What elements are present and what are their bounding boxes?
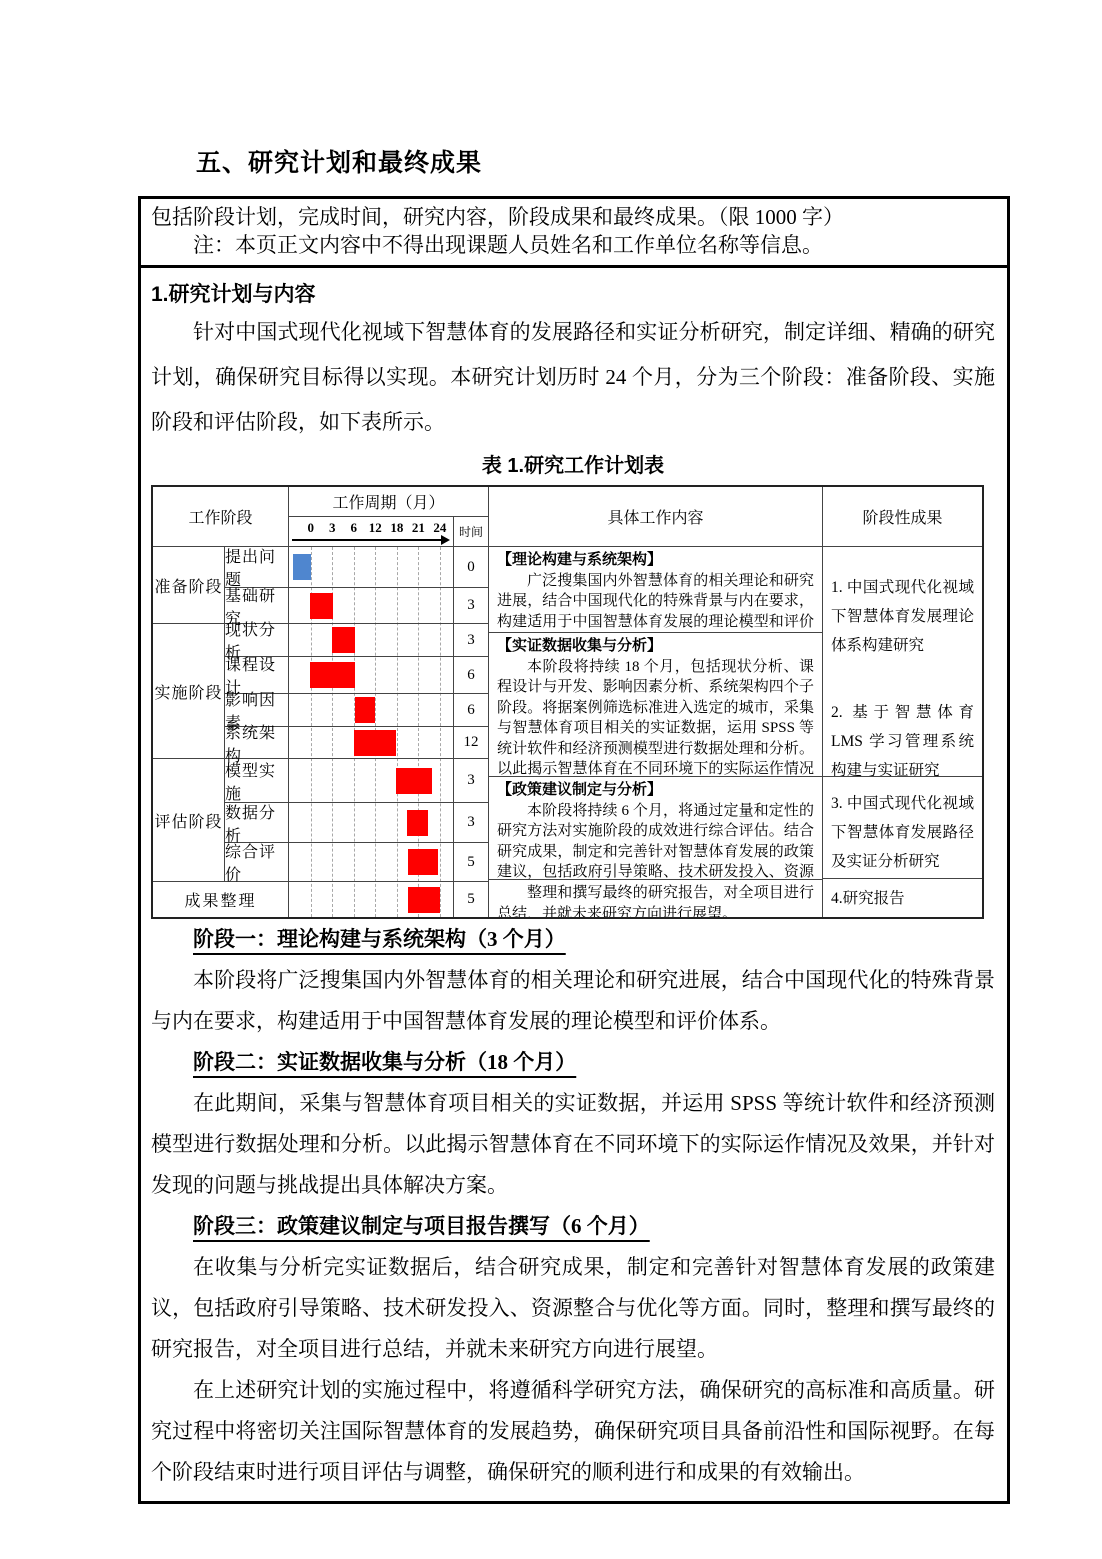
closing-paragraph: 在上述研究计划的实施过程中，将遵循科学研究方法，确保研究的高标准和高质量。研究过…: [151, 1370, 995, 1493]
header-stage-results: 阶段性成果: [823, 487, 982, 546]
stage-paragraph-2: 在此期间，采集与智慧体育项目相关的实证数据，并运用 SPSS 等统计软件和经济预…: [151, 1083, 995, 1206]
time-cell: 12: [454, 727, 488, 759]
time-cell: 3: [454, 803, 488, 843]
content-block: 【政策建议制定与分析】 本阶段将持续 6 个月，将通过定量和定性的研究方法对实施…: [489, 777, 822, 880]
phase-task-columns: 准备阶段 提出问题 基础研究 实施阶段 现状分析 课程设计 影响因素 系统架构: [153, 547, 289, 917]
intro-paragraph: 针对中国式现代化视域下智慧体育的发展路径和实证分析研究，制定详细、精确的研究计划…: [151, 310, 995, 445]
task-cell: 模型实施: [225, 759, 288, 803]
phase-cell-evaluation: 评估阶段: [153, 759, 225, 881]
gantt-bar: [355, 697, 376, 723]
main-content-box: 1.研究计划与内容 针对中国式现代化视域下智慧体育的发展路径和实证分析研究，制定…: [138, 265, 1010, 1504]
axis-tick-label: 18: [390, 520, 403, 536]
result-cell: 3. 中国式现代化视域下智慧体育发展路径及实证分析研究: [823, 777, 982, 879]
gantt-bar: [310, 662, 355, 688]
result-item: 4.研究报告: [831, 884, 905, 913]
content-block: 【理论构建与系统架构】 广泛搜集国内外智慧体育的相关理论和研究进展，结合中国现代…: [489, 547, 822, 633]
time-cell: 6: [454, 657, 488, 694]
axis-tick-label: 6: [351, 520, 358, 536]
table-caption: 表 1.研究工作计划表: [151, 449, 995, 478]
header-time: 时间: [454, 517, 488, 546]
time-cell: 3: [454, 588, 488, 624]
time-cell: 5: [454, 843, 488, 882]
time-cell: 6: [454, 694, 488, 727]
header-work-period: 工作周期（月）: [289, 487, 488, 517]
task-cell: 系统架构: [225, 727, 288, 758]
section-heading: 1.研究计划与内容: [151, 278, 995, 308]
gantt-bar: [396, 768, 432, 794]
gantt-chart: [289, 547, 454, 917]
gantt-bar: [332, 627, 355, 653]
table-header-row: 工作阶段 工作周期（月） 03612182124 时间 具体工作内容 阶段性成果: [153, 487, 982, 547]
time-cell: 5: [454, 882, 488, 917]
task-cell: 数据分析: [225, 803, 288, 843]
note-line-1: 包括阶段计划，完成时间，研究内容，阶段成果和最终成果。（限 1000 字）: [151, 203, 997, 231]
result-item: 1. 中国式现代化视域下智慧体育发展理论体系构建研究: [831, 573, 974, 660]
result-cell: 1. 中国式现代化视域下智慧体育发展理论体系构建研究 2. 基于智慧体育 LMS…: [823, 547, 982, 777]
gantt-axis-arrow-icon: [292, 539, 448, 541]
axis-tick-label: 3: [329, 520, 336, 536]
task-cell: 综合评价: [225, 843, 288, 880]
gantt-bar: [310, 593, 333, 619]
table-body: 准备阶段 提出问题 基础研究 实施阶段 现状分析 课程设计 影响因素 系统架构: [153, 547, 982, 917]
work-plan-table: 工作阶段 工作周期（月） 03612182124 时间 具体工作内容 阶段性成果: [151, 485, 984, 919]
work-content-column: 【理论构建与系统架构】 广泛搜集国内外智慧体育的相关理论和研究进展，结合中国现代…: [489, 547, 823, 917]
gantt-axis: 03612182124: [289, 517, 454, 546]
gantt-bar: [293, 554, 311, 580]
note-line-2: 注：本页正文内容中不得出现课题人员姓名和工作单位名称等信息。: [151, 231, 997, 259]
stage-heading-3: 阶段三：政策建议制定与项目报告撰写（6 个月）: [151, 1206, 995, 1247]
note-box: 包括阶段计划，完成时间，研究内容，阶段成果和最终成果。（限 1000 字） 注：…: [138, 196, 1010, 268]
gantt-bar: [354, 730, 397, 756]
phase-cell-preparation: 准备阶段: [153, 547, 225, 623]
content-block: 【实证数据收集与分析】 本阶段将持续 18 个月，包括现状分析、课程设计与开发、…: [489, 633, 822, 777]
phase-cell-implementation: 实施阶段: [153, 624, 225, 758]
axis-tick-label: 0: [308, 520, 315, 536]
time-column: 0 3 3 6 6 12 3 3 5 5: [454, 547, 489, 917]
task-cell-results-compilation: 成果整理: [153, 882, 288, 917]
stage-heading-2: 阶段二：实证数据收集与分析（18 个月）: [151, 1042, 995, 1083]
time-cell: 0: [454, 547, 488, 588]
axis-tick-label: 21: [412, 520, 425, 536]
gantt-bar: [408, 849, 438, 875]
stage-heading-1: 阶段一：理论构建与系统架构（3 个月）: [151, 919, 995, 960]
stage-paragraph-3: 在收集与分析完实证数据后，结合研究成果，制定和完善针对智慧体育发展的政策建议，包…: [151, 1247, 995, 1370]
axis-tick-label: 24: [433, 520, 446, 536]
stage-paragraph-1: 本阶段将广泛搜集国内外智慧体育的相关理论和研究进展，结合中国现代化的特殊背景与内…: [151, 960, 995, 1042]
result-cell: 4.研究报告: [823, 879, 982, 917]
result-item: 3. 中国式现代化视域下智慧体育发展路径及实证分析研究: [831, 789, 974, 876]
result-item: 2. 基于智慧体育 LMS 学习管理系统构建与实证研究: [831, 698, 974, 777]
axis-tick-label: 12: [369, 520, 382, 536]
gantt-bar: [408, 887, 440, 913]
gantt-bar: [407, 810, 428, 836]
header-work-period-group: 工作周期（月） 03612182124 时间: [289, 487, 489, 546]
time-cell: 3: [454, 759, 488, 803]
header-work-content: 具体工作内容: [489, 487, 823, 546]
time-cell: 3: [454, 624, 488, 657]
stage-results-column: 1. 中国式现代化视域下智慧体育发展理论体系构建研究 2. 基于智慧体育 LMS…: [823, 547, 982, 917]
document-page: 五、研究计划和最终成果 包括阶段计划，完成时间，研究内容，阶段成果和最终成果。（…: [0, 0, 1102, 1559]
content-block: 整理和撰写最终的研究报告，对全项目进行总结，并就未来研究方向进行展望。: [489, 880, 822, 917]
page-title: 五、研究计划和最终成果: [196, 143, 1102, 179]
header-work-phase: 工作阶段: [153, 487, 289, 546]
